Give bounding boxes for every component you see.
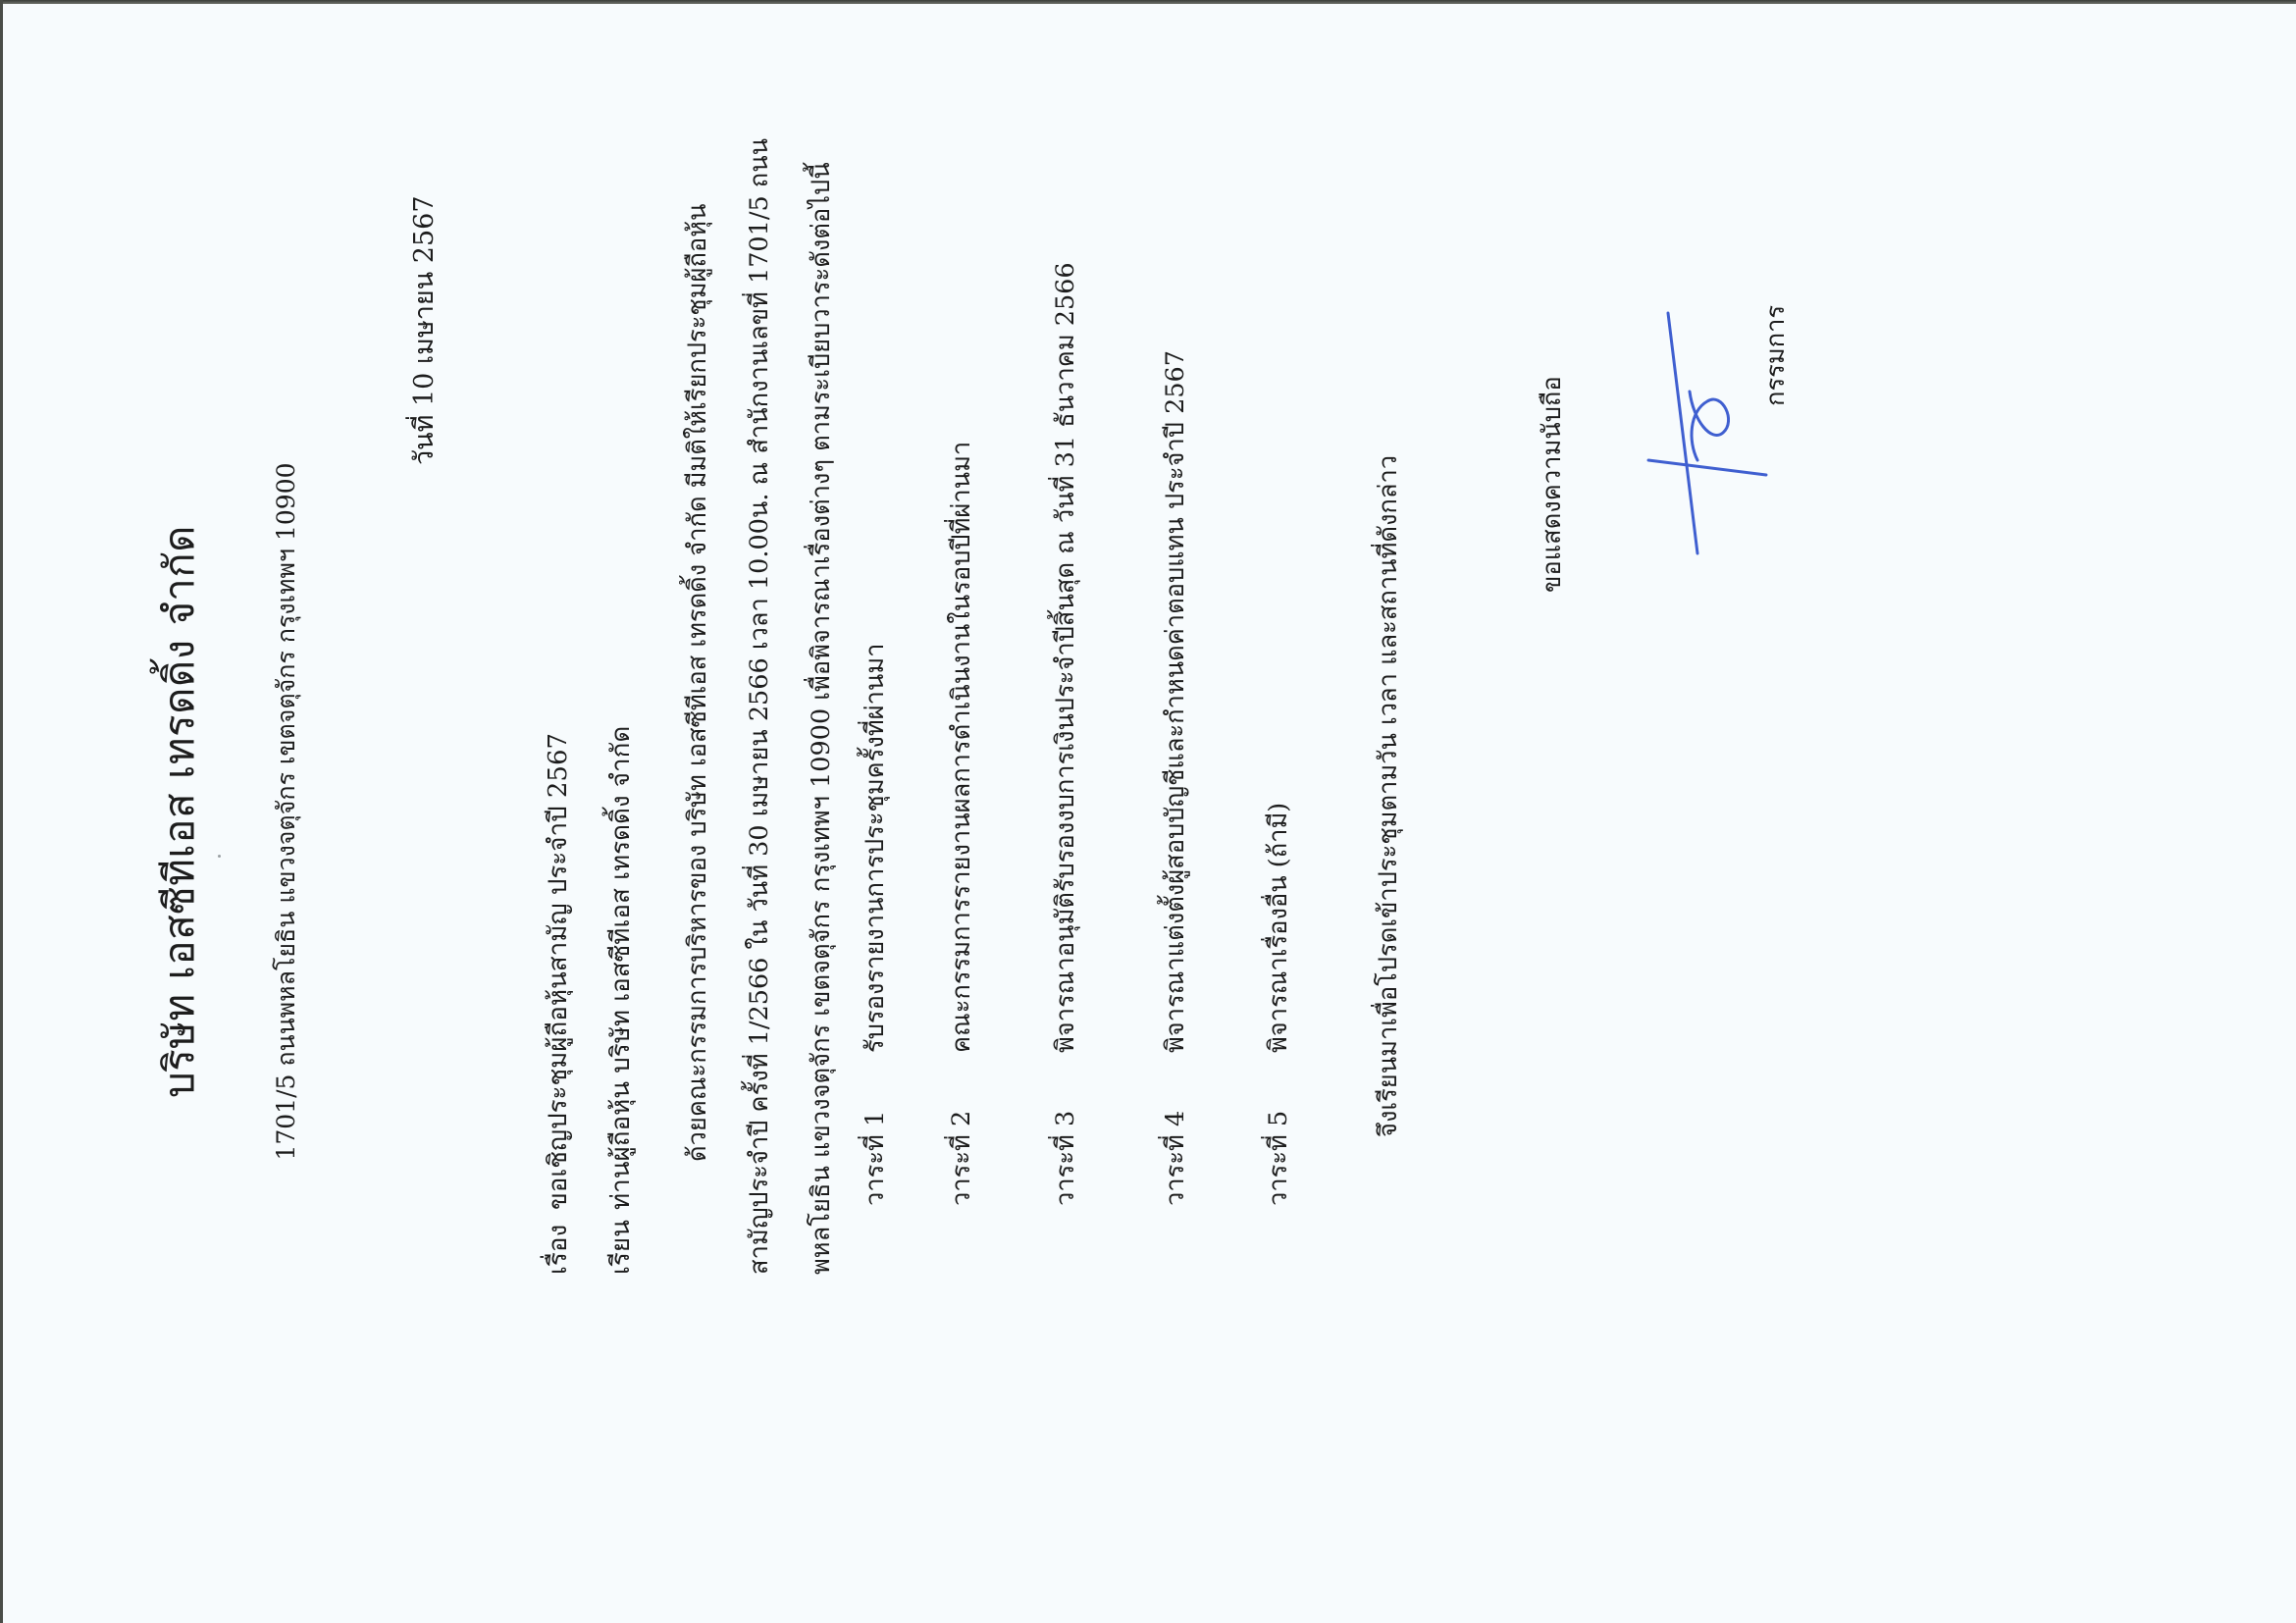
agenda-text: รับรองรายงานการประชุมครั้งที่ผ่านมา bbox=[856, 644, 895, 1054]
recipient-text: ท่านผู้ถือหุ้น บริษัท เอสซีทีเอส เทรดดิ้… bbox=[606, 726, 636, 1210]
agenda-text: พิจารณาเรื่องอื่น (ถ้ามี) bbox=[1259, 803, 1298, 1053]
agenda-number: วาระที่ 5 bbox=[1259, 1053, 1298, 1206]
agenda-text: พิจารณาแต่งตั้งผู้สอบบัญชีและกำหนดค่าตอบ… bbox=[1156, 350, 1195, 1053]
agenda-number: วาระที่ 1 bbox=[856, 1053, 895, 1206]
agenda-text: คณะกรรมการรายงานผลการดำเนินงานในรอบปีที่… bbox=[942, 442, 981, 1053]
body-line: ด้วยคณะกรรมการบริหารของ บริษัท เอสซีทีเอ… bbox=[667, 24, 729, 1275]
subject-line: เรื่องขอเชิญประชุมผู้ถือหุ้นสามัญ ประจำป… bbox=[538, 733, 578, 1275]
letter-date: วันที่ 10 เมษายน 2567 bbox=[402, 196, 444, 466]
regards-text: ขอแสดงความนับถือ bbox=[1533, 376, 1572, 593]
body-paragraph: ด้วยคณะกรรมการบริหารของ บริษัท เอสซีทีเอ… bbox=[667, 24, 853, 1275]
agenda-number: วาระที่ 3 bbox=[1046, 1053, 1085, 1206]
closing-line: จึงเรียนมาเพื่อโปรดเข้าประชุมตามวัน เวลา… bbox=[1369, 455, 1408, 1137]
signer-title: กรรมการ bbox=[1756, 305, 1796, 406]
body-line: สามัญประจำปี ครั้งที่ 1/2566 ใน วันที่ 3… bbox=[729, 24, 791, 1275]
agenda-item-3: วาระที่ 3พิจารณาอนุมัติรับรองงบการเงินปร… bbox=[1046, 262, 1085, 1206]
scanned-document: บริษัท เอสซีทีเอส เทรดดิ้ง จำกัด 1701/5 … bbox=[0, 0, 2296, 1623]
recipient-label: เรียน bbox=[600, 1210, 641, 1275]
letter-page: บริษัท เอสซีทีเอส เทรดดิ้ง จำกัด 1701/5 … bbox=[0, 0, 2296, 1623]
subject-label: เรื่อง bbox=[538, 1210, 578, 1275]
body-line: พหลโยธิน แขวงจตุจักร เขตจตุจักร กรุงเทพฯ… bbox=[791, 24, 853, 1275]
company-name: บริษัท เอสซีทีเอส เทรดดิ้ง จำกัด bbox=[147, 0, 212, 1623]
signature bbox=[1629, 303, 1776, 558]
agenda-number: วาระที่ 4 bbox=[1156, 1053, 1195, 1206]
agenda-item-2: วาระที่ 2คณะกรรมการรายงานผลการดำเนินงานใ… bbox=[942, 442, 981, 1206]
agenda-number: วาระที่ 2 bbox=[942, 1053, 981, 1206]
recipient-line: เรียนท่านผู้ถือหุ้น บริษัท เอสซีทีเอส เท… bbox=[600, 726, 641, 1275]
scan-speck bbox=[218, 855, 221, 858]
agenda-text: พิจารณาอนุมัติรับรองงบการเงินประจำปีสิ้น… bbox=[1046, 262, 1085, 1053]
company-address: 1701/5 ถนนพหลโยธิน แขวงจตุจักร เขตจตุจัก… bbox=[267, 0, 306, 1623]
subject-text: ขอเชิญประชุมผู้ถือหุ้นสามัญ ประจำปี 2567 bbox=[544, 733, 573, 1210]
agenda-item-5: วาระที่ 5พิจารณาเรื่องอื่น (ถ้ามี) bbox=[1259, 803, 1298, 1206]
agenda-item-4: วาระที่ 4พิจารณาแต่งตั้งผู้สอบบัญชีและกำ… bbox=[1156, 350, 1195, 1206]
agenda-item-1: วาระที่ 1รับรองรายงานการประชุมครั้งที่ผ่… bbox=[856, 644, 895, 1207]
